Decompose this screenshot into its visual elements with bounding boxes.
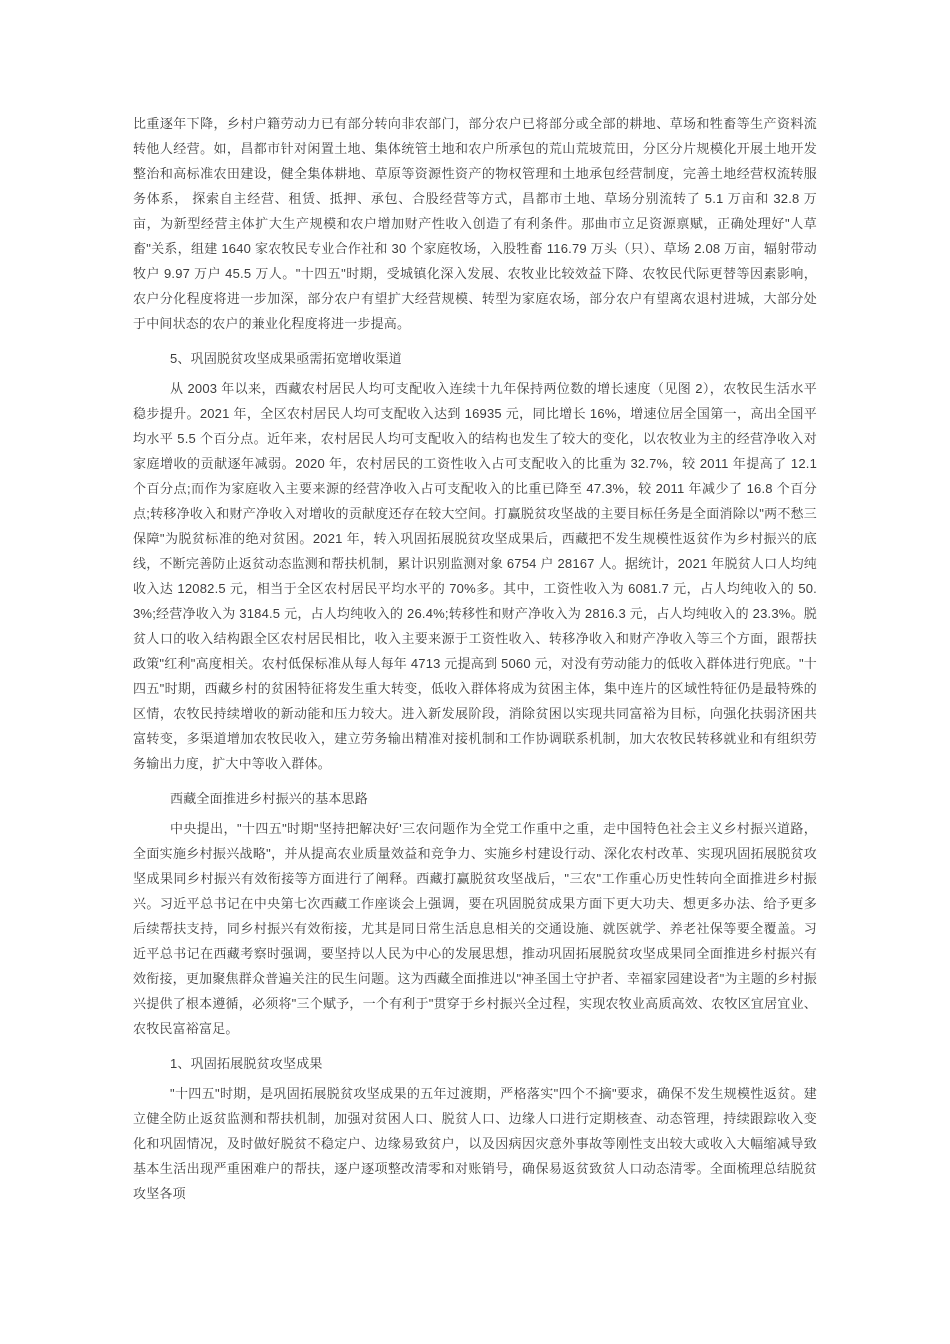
heading-rural-revitalization-ideas: 西藏全面推进乡村振兴的基本思路 [133,786,817,811]
document-page: 比重逐年下降，乡村户籍劳动力已有部分转向非农部门，部分农户已将部分或全部的耕地、… [0,0,950,1344]
body-paragraph-transition-period: "十四五"时期，是巩固拓展脱贫攻坚成果的五年过渡期，严格落实"四个不摘"要求，确… [133,1081,817,1206]
body-paragraph-continued: 比重逐年下降，乡村户籍劳动力已有部分转向非农部门，部分农户已将部分或全部的耕地、… [133,111,817,336]
document-text-column: 比重逐年下降，乡村户籍劳动力已有部分转向非农部门，部分农户已将部分或全部的耕地、… [133,111,817,1206]
body-paragraph-income-growth: 从 2003 年以来，西藏农村居民人均可支配收入连续十九年保持两位数的增长速度（… [133,376,817,776]
heading-section-5: 5、巩固脱贫攻坚成果亟需拓宽增收渠道 [133,346,817,371]
heading-subsection-1: 1、巩固拓展脱贫攻坚成果 [133,1051,817,1076]
body-paragraph-central-guidance: 中央提出，"十四五"时期"坚持把解决好'三农问题作为全党工作重中之重，走中国特色… [133,816,817,1041]
